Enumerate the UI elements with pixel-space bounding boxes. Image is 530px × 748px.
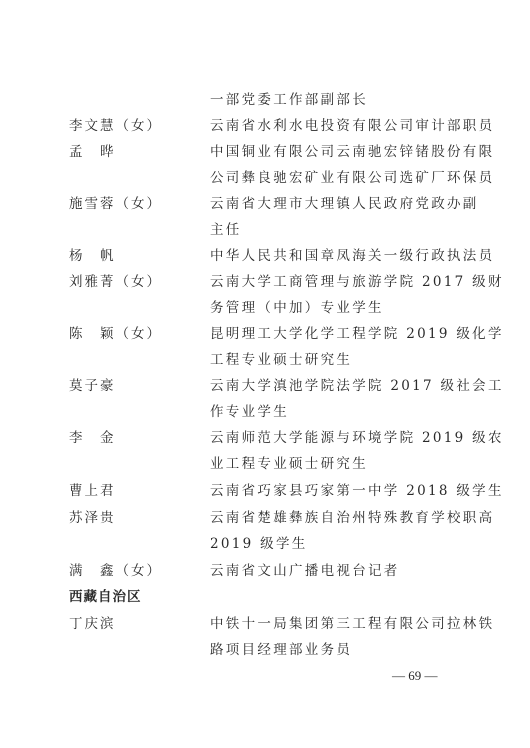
person-name: 杨 帆: [69, 245, 116, 267]
list-line: 业工程专业硕士研究生: [0, 453, 530, 475]
list-line: 一部党委工作部副部长: [0, 89, 530, 111]
list-line: 路项目经理部业务员: [0, 639, 530, 661]
list-line: 曹上君云南省巧家县巧家第一中学 2018 级学生: [0, 480, 530, 502]
person-description: 云南大学工商管理与旅游学院 2017 级财: [210, 271, 504, 293]
list-line: 莫子豪云南大学滇池学院法学院 2017 级社会工: [0, 375, 530, 397]
list-line: 苏泽贵云南省楚雄彝族自治州特殊教育学校职高: [0, 507, 530, 529]
list-line: 公司彝良驰宏矿业有限公司选矿厂环保员: [0, 167, 530, 189]
list-line: 杨 帆中华人民共和国章凤海关一级行政执法员: [0, 245, 530, 267]
section-heading-row: 西藏自治区: [0, 586, 530, 608]
person-description: 业工程专业硕士研究生: [210, 453, 368, 475]
list-line: 刘雅菁（女）云南大学工商管理与旅游学院 2017 级财: [0, 271, 530, 293]
list-line: 李文慧（女）云南省水利水电投资有限公司审计部职员: [0, 115, 530, 137]
person-name: 李 金: [69, 427, 116, 449]
person-description: 务管理（中加）专业学生: [210, 297, 384, 319]
person-name: 莫子豪: [69, 375, 116, 397]
list-line: 主任: [0, 219, 530, 241]
person-description: 中华人民共和国章凤海关一级行政执法员: [210, 245, 494, 267]
person-name: 苏泽贵: [69, 507, 116, 529]
list-line: 孟 晔中国铜业有限公司云南驰宏锌锗股份有限: [0, 141, 530, 163]
person-name: 丁庆滨: [69, 613, 116, 635]
person-description: 作专业学生: [210, 401, 289, 423]
person-name: 施雪蓉（女）: [69, 193, 162, 215]
list-line: 2019 级学生: [0, 533, 530, 555]
person-description: 公司彝良驰宏矿业有限公司选矿厂环保员: [210, 167, 494, 189]
list-line: 丁庆滨中铁十一局集团第三工程有限公司拉林铁: [0, 613, 530, 635]
person-description: 云南省巧家县巧家第一中学 2018 级学生: [210, 480, 504, 502]
person-description: 2019 级学生: [210, 533, 308, 555]
person-description: 云南省楚雄彝族自治州特殊教育学校职高: [210, 507, 494, 529]
person-name: 陈 颖（女）: [69, 323, 162, 345]
person-description: 云南大学滇池学院法学院 2017 级社会工: [210, 375, 504, 397]
list-line: 李 金云南师范大学能源与环境学院 2019 级农: [0, 427, 530, 449]
person-name: 曹上君: [69, 480, 116, 502]
section-heading: 西藏自治区: [69, 586, 142, 608]
person-description: 主任: [210, 219, 242, 241]
person-description: 一部党委工作部副部长: [210, 89, 368, 111]
person-name: 满 鑫（女）: [69, 560, 162, 582]
person-description: 路项目经理部业务员: [210, 639, 352, 661]
list-line: 施雪蓉（女）云南省大理市大理镇人民政府党政办副: [0, 193, 530, 215]
list-line: 务管理（中加）专业学生: [0, 297, 530, 319]
person-description: 工程专业硕士研究生: [210, 349, 352, 371]
person-description: 中国铜业有限公司云南驰宏锌锗股份有限: [210, 141, 494, 163]
person-description: 云南省水利水电投资有限公司审计部职员: [210, 115, 494, 137]
list-line: 工程专业硕士研究生: [0, 349, 530, 371]
list-line: 作专业学生: [0, 401, 530, 423]
page-number: — 69 —: [392, 668, 438, 684]
person-name: 孟 晔: [69, 141, 116, 163]
person-description: 昆明理工大学化学工程学院 2019 级化学: [210, 323, 504, 345]
person-description: 云南省大理市大理镇人民政府党政办副: [210, 193, 479, 215]
person-description: 中铁十一局集团第三工程有限公司拉林铁: [210, 613, 494, 635]
person-description: 云南省文山广播电视台记者: [210, 560, 400, 582]
list-line: 满 鑫（女）云南省文山广播电视台记者: [0, 560, 530, 582]
list-line: 陈 颖（女）昆明理工大学化学工程学院 2019 级化学: [0, 323, 530, 345]
person-name: 李文慧（女）: [69, 115, 162, 137]
person-description: 云南师范大学能源与环境学院 2019 级农: [210, 427, 504, 449]
person-name: 刘雅菁（女）: [69, 271, 162, 293]
